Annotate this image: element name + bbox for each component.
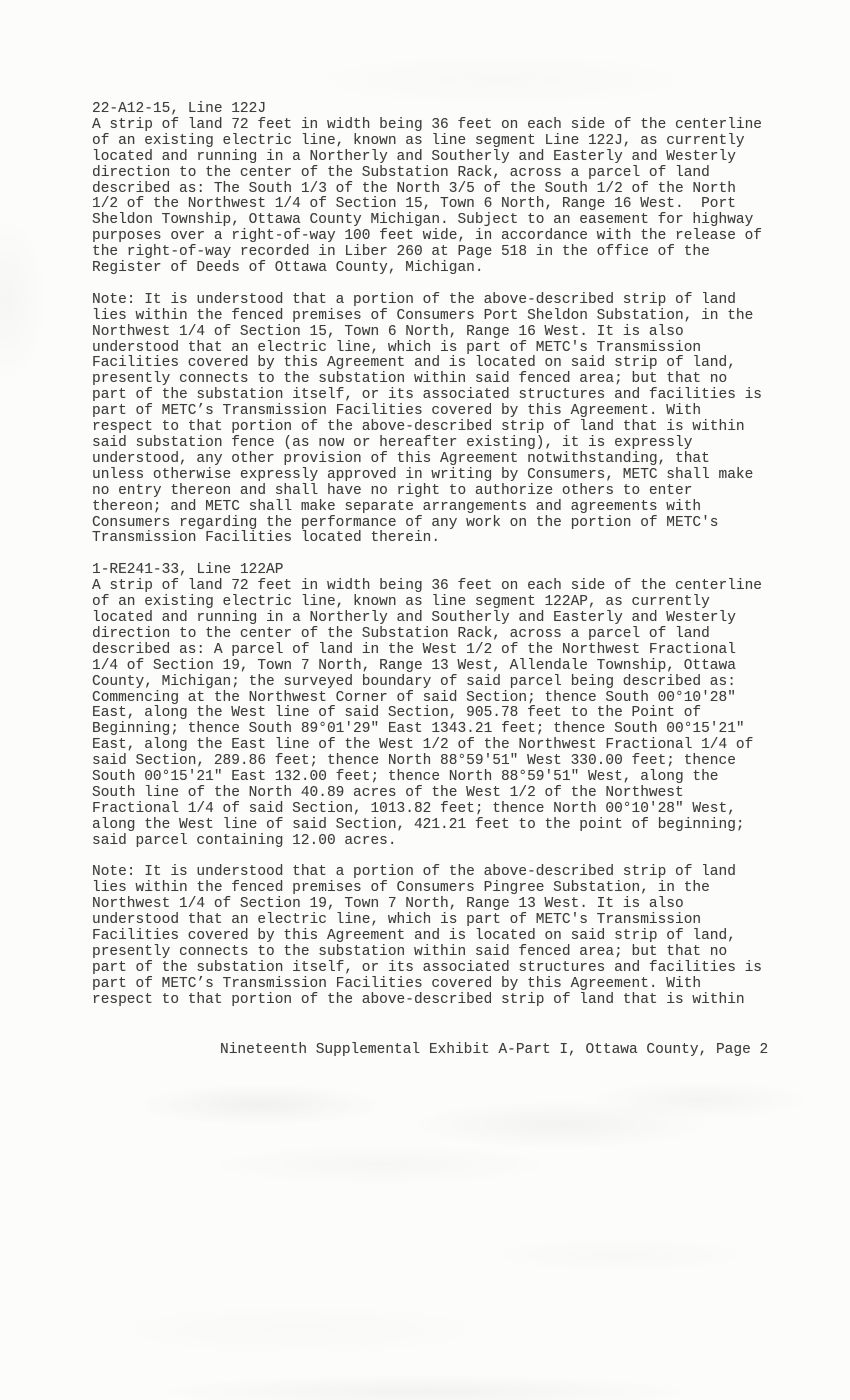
section-22-a12-15: 22-A12-15, Line 122J A strip of land 72 …	[92, 102, 768, 277]
section-2-body: A strip of land 72 feet in width being 3…	[92, 579, 768, 849]
section-2-note-text: Note: It is understood that a portion of…	[92, 865, 768, 1008]
section-2-note: Note: It is understood that a portion of…	[92, 865, 768, 1008]
document-content: 22-A12-15, Line 122J A strip of land 72 …	[92, 102, 768, 1059]
section-1-note-text: Note: It is understood that a portion of…	[92, 293, 768, 548]
section-1-body: A strip of land 72 feet in width being 3…	[92, 118, 768, 277]
page-footer: Nineteenth Supplemental Exhibit A-Part I…	[220, 1043, 768, 1059]
section-1-re241-33: 1-RE241-33, Line 122AP A strip of land 7…	[92, 563, 768, 849]
document-page: 22-A12-15, Line 122J A strip of land 72 …	[0, 0, 850, 1400]
section-2-heading: 1-RE241-33, Line 122AP	[92, 563, 768, 579]
section-1-heading: 22-A12-15, Line 122J	[92, 102, 768, 118]
section-1-note: Note: It is understood that a portion of…	[92, 293, 768, 548]
